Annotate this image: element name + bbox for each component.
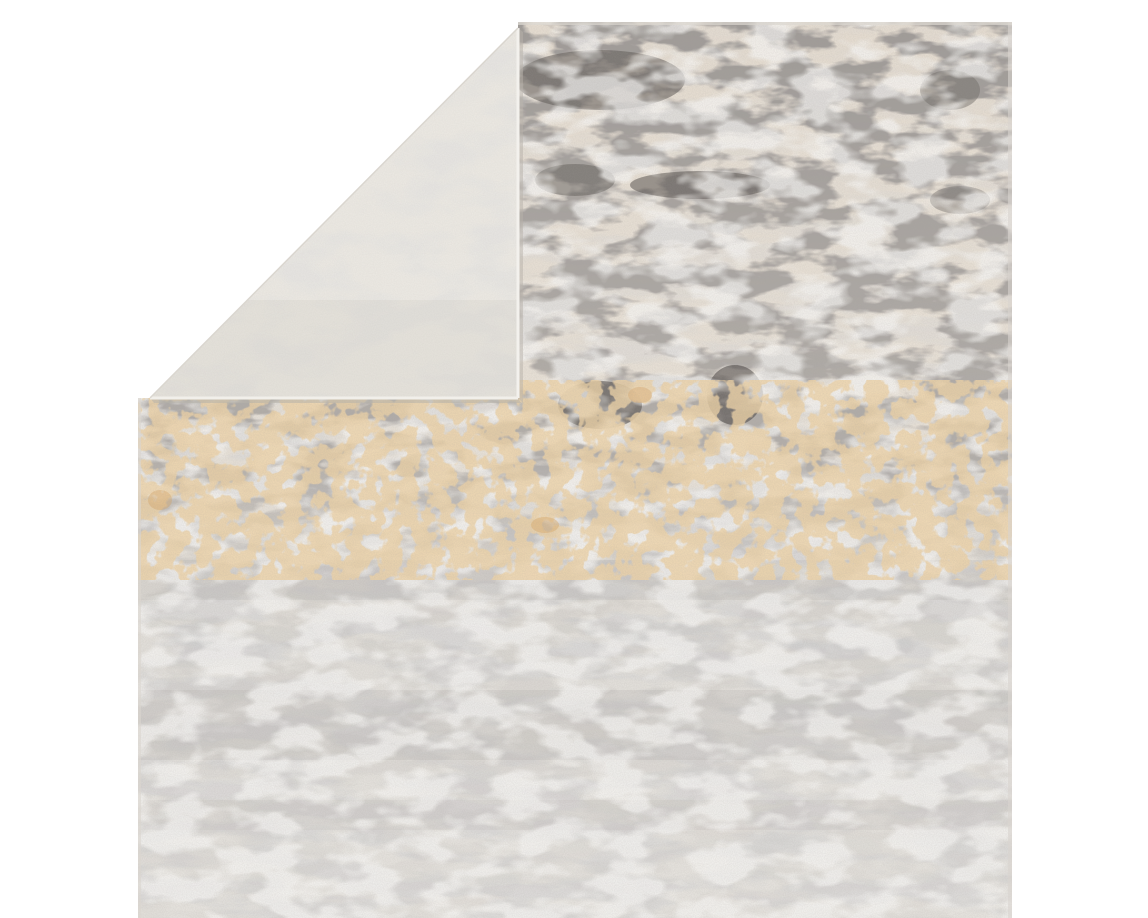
rug-fold-backing (140, 20, 525, 405)
rug-illustration (0, 0, 1148, 918)
product-photo: Area rug product photo with folded top-l… (0, 0, 1148, 918)
rug-front (138, 22, 1012, 918)
